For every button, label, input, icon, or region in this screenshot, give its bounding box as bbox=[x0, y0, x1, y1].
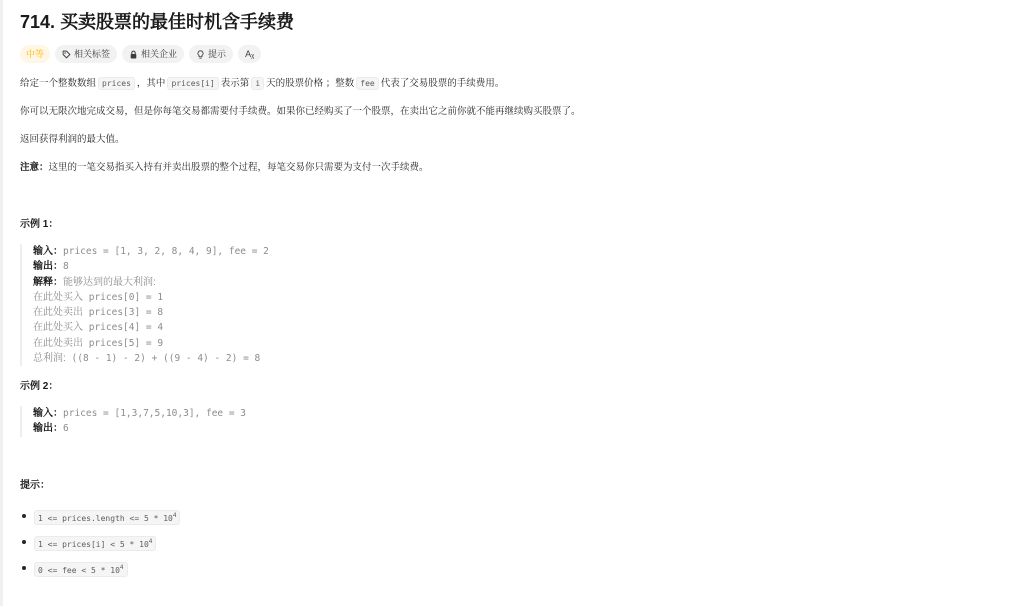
font-size-button[interactable]: Aᵪ bbox=[238, 45, 261, 63]
note-text: 这里的一笔交易指买入持有并卖出股票的整个过程，每笔交易你只需要为支付一次手续费。 bbox=[49, 162, 429, 173]
total-label: 总利润: bbox=[33, 353, 66, 364]
problem-title: 714. 买卖股票的最佳时机含手续费 bbox=[20, 10, 294, 34]
description-note: 注意：这里的一笔交易指买入持有并卖出股票的整个过程，每笔交易你只需要为支付一次手… bbox=[20, 161, 429, 175]
constraint-item: 1 <= prices.length <= 5 * 104 bbox=[20, 504, 180, 530]
text: ，其中 bbox=[137, 78, 166, 89]
inline-code: fee bbox=[356, 77, 378, 90]
related-companies-label: 相关企业 bbox=[141, 45, 177, 63]
explanation-step: 在此处卖出 prices[5] = 9 bbox=[33, 336, 269, 351]
inline-code: i bbox=[251, 77, 264, 90]
input-value: prices = [1, 3, 2, 8, 4, 9], fee = 2 bbox=[63, 246, 269, 257]
output-value: 8 bbox=[63, 261, 69, 272]
explanation-step: 在此处卖出 prices[3] = 8 bbox=[33, 305, 269, 320]
input-label: 输入： bbox=[33, 246, 63, 257]
difficulty-label: 中等 bbox=[26, 45, 44, 63]
output-value: 6 bbox=[63, 423, 69, 434]
example-input: 输入：prices = [1, 3, 2, 8, 4, 9], fee = 2 bbox=[33, 244, 269, 259]
bullet-icon bbox=[22, 566, 26, 570]
explanation-step: 在此处买入 prices[0] = 1 bbox=[33, 290, 269, 305]
constraint-item: 1 <= prices[i] < 5 * 104 bbox=[20, 530, 180, 556]
constraint-exponent: 4 bbox=[149, 538, 153, 545]
example-output: 输出：6 bbox=[33, 421, 246, 436]
related-topics-label: 相关标签 bbox=[74, 45, 110, 63]
constraints-title: 提示： bbox=[20, 479, 50, 493]
left-panel-divider bbox=[0, 0, 3, 606]
constraint-text: 1 <= prices[i] < 5 * 10 bbox=[38, 540, 149, 549]
difficulty-badge: 中等 bbox=[20, 45, 50, 63]
constraints-list: 1 <= prices.length <= 5 * 104 1 <= price… bbox=[20, 504, 180, 582]
example-input: 输入：prices = [1,3,7,5,10,3], fee = 3 bbox=[33, 406, 246, 421]
constraint-text: 1 <= prices.length <= 5 * 10 bbox=[38, 514, 173, 523]
explanation-text: 能够达到的最大利润: bbox=[63, 277, 156, 288]
tag-icon bbox=[62, 50, 71, 59]
example-output: 输出：8 bbox=[33, 259, 269, 274]
step-text: 在此处买入 bbox=[33, 322, 83, 333]
inline-code: prices bbox=[98, 77, 135, 90]
total-value: ((8 - 1) - 2) + ((9 - 4) - 2) = 8 bbox=[66, 353, 260, 364]
related-companies-button[interactable]: 相关企业 bbox=[122, 45, 184, 63]
constraint-text: 0 <= fee < 5 * 10 bbox=[38, 566, 120, 575]
example-2-block: 输入：prices = [1,3,7,5,10,3], fee = 3 输出：6 bbox=[20, 406, 246, 437]
problem-number: 714. bbox=[20, 12, 55, 32]
text: 代表了交易股票的手续费用。 bbox=[381, 78, 505, 89]
explanation-step: 在此处买入 prices[4] = 4 bbox=[33, 320, 269, 335]
bullet-icon bbox=[22, 514, 26, 518]
explanation-total: 总利润: ((8 - 1) - 2) + ((9 - 4) - 2) = 8 bbox=[33, 351, 269, 366]
constraint-item: 0 <= fee < 5 * 104 bbox=[20, 556, 180, 582]
lightbulb-icon bbox=[196, 50, 205, 59]
step-code: prices[4] = 4 bbox=[83, 322, 163, 333]
step-code: prices[5] = 9 bbox=[83, 338, 163, 349]
text: 给定一个整数数组 bbox=[20, 78, 96, 89]
input-label: 输入： bbox=[33, 408, 63, 419]
constraint-code: 0 <= fee < 5 * 104 bbox=[34, 562, 128, 577]
font-size-icon: Aᵪ bbox=[245, 45, 254, 63]
text: 天的股票价格 ；整数 bbox=[266, 78, 354, 89]
lock-icon bbox=[129, 50, 138, 59]
bullet-icon bbox=[22, 540, 26, 544]
constraint-code: 1 <= prices[i] < 5 * 104 bbox=[34, 536, 156, 551]
text: 表示第 bbox=[221, 78, 250, 89]
problem-tags: 中等 相关标签 相关企业 提示 Aᵪ bbox=[20, 45, 261, 63]
hint-button[interactable]: 提示 bbox=[189, 45, 233, 63]
step-text: 在此处卖出 bbox=[33, 338, 83, 349]
description-paragraph-1: 给定一个整数数组prices，其中prices[i]表示第i天的股票价格 ；整数… bbox=[20, 77, 504, 91]
step-text: 在此处卖出 bbox=[33, 307, 83, 318]
description-paragraph-2: 你可以无限次地完成交易，但是你每笔交易都需要付手续费。如果你已经购买了一个股票，… bbox=[20, 105, 581, 119]
example-explanation: 解释：能够达到的最大利润: bbox=[33, 275, 269, 290]
output-label: 输出： bbox=[33, 423, 63, 434]
step-code: prices[3] = 8 bbox=[83, 307, 163, 318]
step-code: prices[0] = 1 bbox=[83, 292, 163, 303]
constraint-exponent: 4 bbox=[120, 564, 124, 571]
example-2-title: 示例 2： bbox=[20, 380, 58, 394]
related-topics-button[interactable]: 相关标签 bbox=[55, 45, 117, 63]
hint-label: 提示 bbox=[208, 45, 226, 63]
constraint-code: 1 <= prices.length <= 5 * 104 bbox=[34, 510, 180, 525]
note-label: 注意： bbox=[20, 162, 49, 173]
example-1-block: 输入：prices = [1, 3, 2, 8, 4, 9], fee = 2 … bbox=[20, 244, 269, 366]
example-1-title: 示例 1： bbox=[20, 218, 58, 232]
inline-code: prices[i] bbox=[167, 77, 218, 90]
step-text: 在此处买入 bbox=[33, 292, 83, 303]
explanation-label: 解释： bbox=[33, 277, 63, 288]
output-label: 输出： bbox=[33, 261, 63, 272]
input-value: prices = [1,3,7,5,10,3], fee = 3 bbox=[63, 408, 246, 419]
description-paragraph-3: 返回获得利润的最大值。 bbox=[20, 133, 125, 147]
problem-title-text: 买卖股票的最佳时机含手续费 bbox=[60, 12, 294, 32]
constraint-exponent: 4 bbox=[173, 512, 177, 519]
